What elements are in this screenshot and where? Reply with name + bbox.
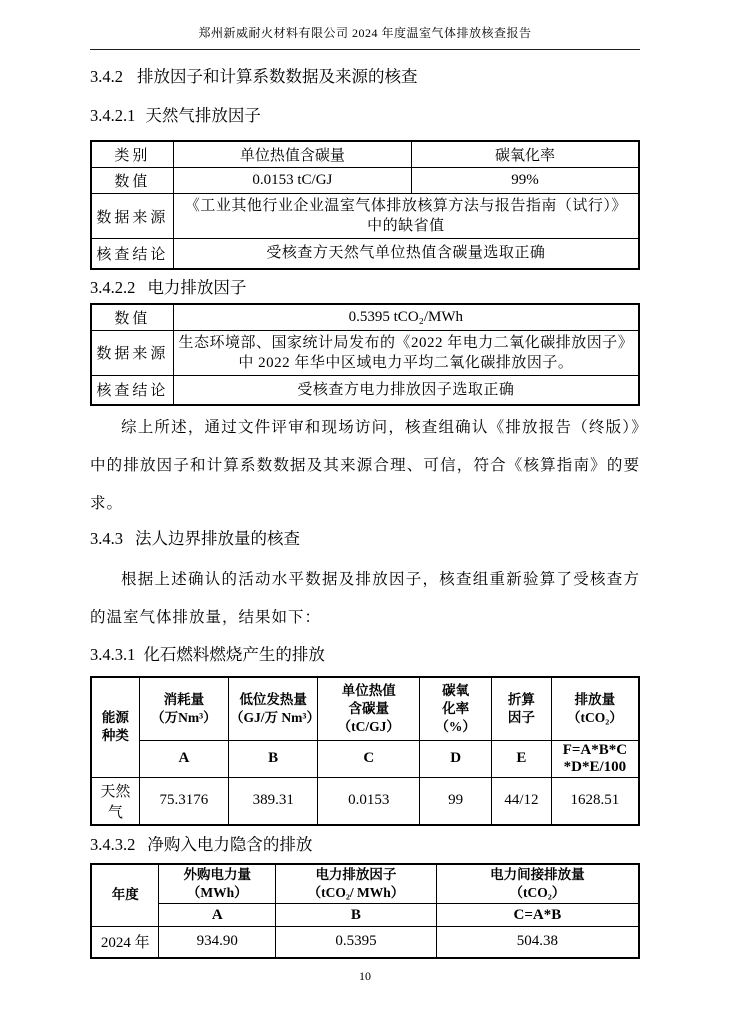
purchased-electricity-emission-table: 年度 外购电力量 （MWh） 电力排放因子 （tCO₂/ MWh） 电力间接排放… bbox=[90, 863, 640, 959]
table-row: 数值 0.5395 tCO₂/MWh bbox=[91, 304, 639, 331]
cell-carbon-content-header: 单位热值 含碳量 （tC/GJ） bbox=[318, 677, 420, 740]
cell-col-d: D bbox=[420, 740, 492, 777]
cell-conversion-factor: 44/12 bbox=[492, 777, 552, 825]
cell-power-factor: 0.5395 bbox=[276, 927, 437, 958]
cell-value-label: 数值 bbox=[91, 304, 173, 331]
table-row: 数据来源 生态环境部、国家统计局发布的《2022 年电力二氧化碳排放因子》中 2… bbox=[91, 330, 639, 375]
table-subheader-row: A B C=A*B bbox=[91, 904, 639, 927]
table-subheader-row: A B C D E F=A*B*C *D*E/100 bbox=[91, 740, 639, 777]
cell-conclusion-label: 核查结论 bbox=[91, 239, 173, 269]
cell-power-factor-header: 电力排放因子 （tCO₂/ MWh） bbox=[276, 864, 437, 904]
recalculation-paragraph: 根据上述确认的活动水平数据及排放因子，核查组重新验算了受核查方的温室气体排放量，… bbox=[90, 561, 640, 637]
cell-conclusion-text: 受核查方电力排放因子选取正确 bbox=[173, 375, 639, 405]
heading-number: 3.4.3 bbox=[90, 529, 123, 549]
table-row: 核查结论 受核查方电力排放因子选取正确 bbox=[91, 375, 639, 405]
page-number: 10 bbox=[90, 969, 640, 984]
heading-title: 净购入电力隐含的排放 bbox=[147, 835, 312, 854]
cell-emission-header: 排放量 （tCO₂） bbox=[551, 677, 639, 740]
heading-3-4-2: 3.4.2排放因子和计算系数数据及来源的核查 bbox=[90, 67, 640, 87]
cell-year-header: 年度 bbox=[91, 864, 159, 927]
cell-col-f-formula: F=A*B*C *D*E/100 bbox=[551, 740, 639, 777]
cell-category-label: 类别 bbox=[91, 141, 173, 168]
table-row: 类别 单位热值含碳量 碳氧化率 bbox=[91, 141, 639, 168]
summary-paragraph: 综上所述，通过文件评审和现场访问，核查组确认《排放报告（终版）》中的排放因子和计… bbox=[90, 409, 640, 523]
cell-col-c-formula: C=A*B bbox=[436, 904, 639, 927]
cell-col-b: B bbox=[229, 740, 318, 777]
heading-number: 3.4.2 bbox=[90, 67, 123, 87]
cell-purchased-power-header: 外购电力量 （MWh） bbox=[159, 864, 276, 904]
cell-year: 2024 年 bbox=[91, 927, 159, 958]
heading-3-4-3-2: 3.4.3.2净购入电力隐含的排放 bbox=[90, 835, 640, 855]
heading-number: 3.4.2.1 bbox=[90, 106, 135, 126]
cell-conclusion-text: 受核查方天然气单位热值含碳量选取正确 bbox=[173, 239, 639, 269]
cell-value-label: 数值 bbox=[91, 168, 173, 194]
cell-conclusion-label: 核查结论 bbox=[91, 375, 173, 405]
cell-source-label: 数据来源 bbox=[91, 194, 173, 239]
heading-3-4-3: 3.4.3法人边界排放量的核查 bbox=[90, 529, 640, 549]
heading-title: 电力排放因子 bbox=[147, 278, 246, 297]
heading-title: 化石燃料燃烧产生的排放 bbox=[143, 645, 325, 664]
cell-col-c: C bbox=[318, 740, 420, 777]
cell-col-a: A bbox=[159, 904, 276, 927]
table-row: 数据来源 《工业其他行业企业温室气体排放核算方法与报告指南（试行）》中的缺省值 bbox=[91, 194, 639, 239]
table-header-row: 年度 外购电力量 （MWh） 电力排放因子 （tCO₂/ MWh） 电力间接排放… bbox=[91, 864, 639, 904]
heading-3-4-2-1: 3.4.2.1天然气排放因子 bbox=[90, 106, 640, 126]
cell-oxidation-rate: 99 bbox=[420, 777, 492, 825]
table-row: 数值 0.0153 tC/GJ 99% bbox=[91, 168, 639, 194]
heading-3-4-2-2: 3.4.2.2电力排放因子 bbox=[90, 278, 640, 298]
table-header-row: 能源 种类 消耗量 （万Nm³） 低位发热量 （GJ/万 Nm³） 单位热值 含… bbox=[91, 677, 639, 740]
cell-oxidation-rate-value: 99% bbox=[412, 168, 639, 194]
cell-source-text: 生态环境部、国家统计局发布的《2022 年电力二氧化碳排放因子》中 2022 年… bbox=[173, 330, 639, 375]
cell-header-carbon-content: 单位热值含碳量 bbox=[173, 141, 411, 168]
cell-source-label: 数据来源 bbox=[91, 330, 173, 375]
cell-carbon-content: 0.0153 bbox=[318, 777, 420, 825]
cell-energy-type: 天然气 bbox=[91, 777, 139, 825]
cell-purchased-power: 934.90 bbox=[159, 927, 276, 958]
table-data-row: 天然气 75.3176 389.31 0.0153 99 44/12 1628.… bbox=[91, 777, 639, 825]
cell-carbon-content-value: 0.0153 tC/GJ bbox=[173, 168, 411, 194]
heading-3-4-3-1: 3.4.3.1化石燃料燃烧产生的排放 bbox=[90, 645, 640, 665]
heading-title: 法人边界排放量的核查 bbox=[135, 529, 300, 548]
heading-number: 3.4.2.2 bbox=[90, 278, 135, 298]
heading-number: 3.4.3.2 bbox=[90, 835, 135, 855]
cell-heat-value: 389.31 bbox=[229, 777, 318, 825]
fossil-fuel-emission-table: 能源 种类 消耗量 （万Nm³） 低位发热量 （GJ/万 Nm³） 单位热值 含… bbox=[90, 676, 640, 826]
cell-header-oxidation-rate: 碳氧化率 bbox=[412, 141, 639, 168]
natural-gas-factor-table: 类别 单位热值含碳量 碳氧化率 数值 0.0153 tC/GJ 99% 数据来源… bbox=[90, 140, 640, 270]
electricity-factor-table: 数值 0.5395 tCO₂/MWh 数据来源 生态环境部、国家统计局发布的《2… bbox=[90, 303, 640, 407]
cell-energy-type-header: 能源 种类 bbox=[91, 677, 139, 777]
cell-factor-value: 0.5395 tCO₂/MWh bbox=[173, 304, 639, 331]
cell-source-text: 《工业其他行业企业温室气体排放核算方法与报告指南（试行）》中的缺省值 bbox=[173, 194, 639, 239]
cell-emission: 1628.51 bbox=[551, 777, 639, 825]
heading-title: 排放因子和计算系数数据及来源的核查 bbox=[137, 67, 418, 86]
table-row: 核查结论 受核查方天然气单位热值含碳量选取正确 bbox=[91, 239, 639, 269]
cell-indirect-emission-header: 电力间接排放量 （tCO₂） bbox=[436, 864, 639, 904]
heading-number: 3.4.3.1 bbox=[90, 645, 135, 665]
heading-title: 天然气排放因子 bbox=[145, 106, 261, 125]
running-header: 郑州新威耐火材料有限公司 2024 年度温室气体排放核查报告 bbox=[90, 26, 640, 50]
cell-heat-value-header: 低位发热量 （GJ/万 Nm³） bbox=[229, 677, 318, 740]
cell-oxidation-rate-header: 碳氧 化率 （%） bbox=[420, 677, 492, 740]
cell-col-e: E bbox=[492, 740, 552, 777]
table-data-row: 2024 年 934.90 0.5395 504.38 bbox=[91, 927, 639, 958]
cell-indirect-emission: 504.38 bbox=[436, 927, 639, 958]
cell-conversion-factor-header: 折算 因子 bbox=[492, 677, 552, 740]
cell-col-b: B bbox=[276, 904, 437, 927]
cell-consumption: 75.3176 bbox=[139, 777, 228, 825]
cell-col-a: A bbox=[139, 740, 228, 777]
cell-consumption-header: 消耗量 （万Nm³） bbox=[139, 677, 228, 740]
report-page: 郑州新威耐火材料有限公司 2024 年度温室气体排放核查报告 3.4.2排放因子… bbox=[0, 0, 729, 1020]
